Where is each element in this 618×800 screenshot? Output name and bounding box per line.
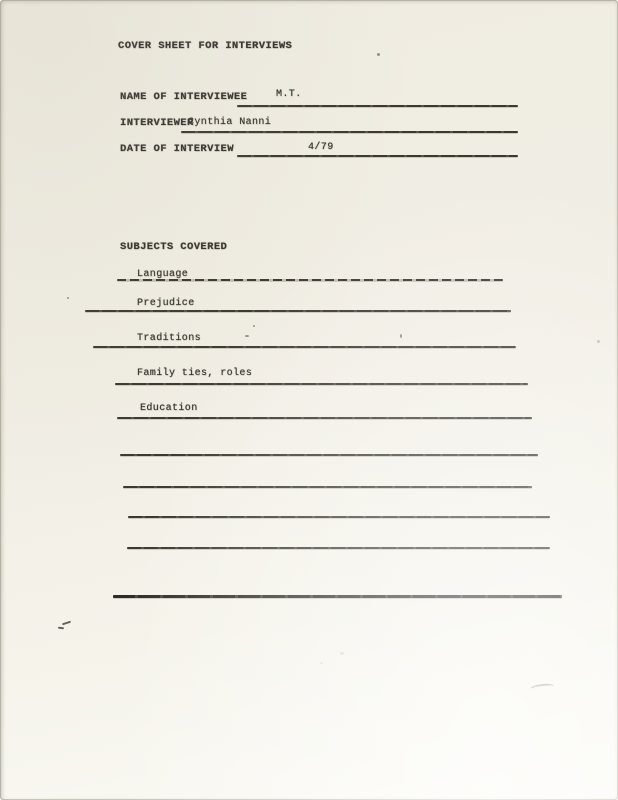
scan-smudge [530, 683, 555, 693]
subject-rule-1 [117, 279, 503, 281]
interviewer-underline [181, 131, 518, 133]
scan-speck [377, 53, 380, 56]
subject-item-education: Education [140, 403, 198, 414]
subject-rule-4 [115, 383, 528, 385]
field-value-date: 4/79 [308, 142, 334, 153]
document-title: COVER SHEET FOR INTERVIEWS [118, 40, 292, 52]
blank-rule-3 [128, 516, 550, 518]
field-label-date: DATE OF INTERVIEW [120, 143, 234, 155]
field-value-interviewee: M.T. [276, 89, 302, 100]
scanned-cover-sheet: COVER SHEET FOR INTERVIEWS NAME OF INTER… [0, 0, 618, 800]
scan-speck [253, 325, 255, 327]
field-label-interviewer: INTERVIEWER [120, 117, 194, 129]
blank-rule-5 [113, 595, 562, 598]
subject-rule-5 [117, 417, 532, 419]
subject-rule-2 [85, 310, 511, 312]
scan-speck [400, 334, 402, 338]
scan-scribble-mark [58, 627, 64, 630]
blank-rule-1 [120, 454, 538, 456]
scan-speck [340, 652, 344, 655]
date-underline [237, 155, 518, 157]
interviewee-underline [237, 105, 518, 107]
scan-speck [320, 662, 323, 664]
scan-speck [67, 297, 69, 299]
subject-item-traditions: Traditions [137, 333, 201, 344]
blank-rule-2 [123, 486, 532, 488]
subjects-heading: SUBJECTS COVERED [120, 241, 227, 253]
scan-scribble-mark [62, 621, 71, 626]
scan-speck [597, 340, 600, 343]
field-label-interviewee: NAME OF INTERVIEWEE [120, 91, 247, 103]
blank-rule-4 [127, 547, 550, 549]
subject-item-prejudice: Prejudice [137, 298, 195, 309]
subject-rule-3 [93, 346, 516, 348]
subject-item-family-ties: Family ties, roles [137, 368, 252, 379]
scan-speck [245, 335, 249, 337]
field-value-interviewer: Cynthia Nanni [188, 117, 271, 128]
